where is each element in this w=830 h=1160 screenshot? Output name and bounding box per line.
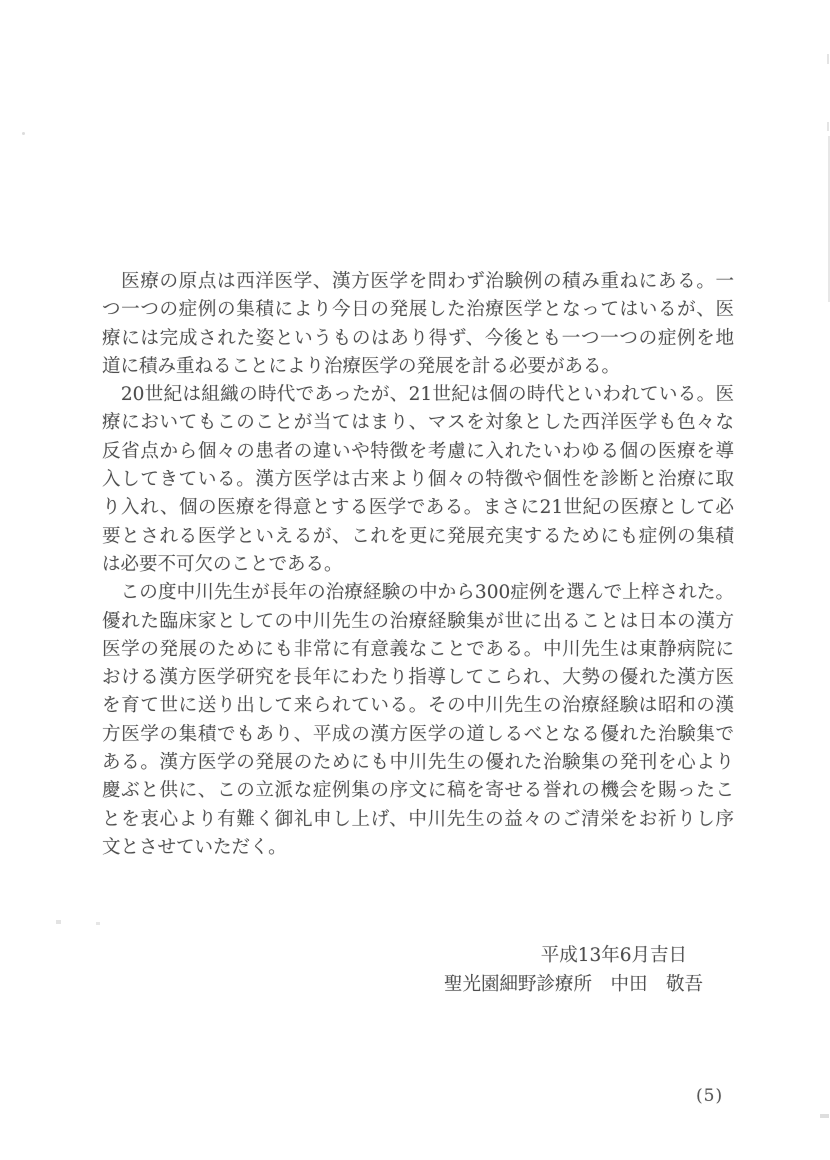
text-line: 反省点から個々の患者の違いや特徴を考慮に入れたいわゆる個の医療を導: [102, 438, 734, 466]
date-line: 平成13年6月吉日: [102, 942, 734, 971]
text-line: は必要不可欠のことである。: [102, 551, 734, 579]
text-line: つ一つの症例の集積により今日の発展した治療医学となってはいるが、医: [102, 296, 734, 324]
text-line: を育て世に送り出して来られている。その中川先生の治療経験は昭和の漢: [102, 692, 734, 720]
text-line: とを衷心より有難く御礼申し上げ、中川先生の益々のご清栄をお祈りし序: [102, 806, 734, 834]
text-line: ある。漢方医学の発展のためにも中川先生の優れた治験集の発刊を心より: [102, 749, 734, 777]
text-line: 入してきている。漢方医学は古来より個々の特徴や個性を診断と治療に取: [102, 466, 734, 494]
closing-block: 平成13年6月吉日 聖光園細野診療所 中田 敬吾: [102, 942, 734, 999]
text-line: 療には完成された姿というものはあり得ず、今後とも一つ一つの症例を地: [102, 325, 734, 353]
text-line: おける漢方医学研究を長年にわたり指導してこられ、大勢の優れた漢方医: [102, 664, 734, 692]
text-line: 要とされる医学といえるが、これを更に発展充実するためにも症例の集積: [102, 523, 734, 551]
text-line: この度中川先生が長年の治療経験の中から300症例を選んで上梓された。: [102, 579, 734, 607]
text-line: 医学の発展のためにも非常に有意義なことである。中川先生は東静病院に: [102, 636, 734, 664]
scan-speck: [56, 920, 61, 924]
scan-edge-mark: [820, 1114, 829, 1118]
text-line: 方医学の集積でもあり、平成の漢方医学の道しるべとなる優れた治験集で: [102, 721, 734, 749]
text-line: 20世紀は組織の時代であったが、21世紀は個の時代といわれている。医: [102, 381, 734, 409]
text-line: 医療の原点は西洋医学、漢方医学を問わず治験例の積み重ねにある。一: [102, 268, 734, 296]
scan-speck: [22, 132, 25, 135]
page-number: (5): [696, 1086, 723, 1106]
text-line: 文とさせていただく。: [102, 834, 734, 862]
text-line: 慶ぶと供に、この立派な症例集の序文に稿を寄せる誉れの機会を賜ったこ: [102, 777, 734, 805]
scan-edge-mark: [827, 122, 829, 131]
preface-body: 医療の原点は西洋医学、漢方医学を問わず治験例の積み重ねにある。一つ一つの症例の集…: [102, 268, 734, 862]
scan-edge-mark: [827, 54, 829, 64]
text-line: 優れた臨床家としての中川先生の治療経験集が世に出ることは日本の漢方: [102, 608, 734, 636]
document-page: 医療の原点は西洋医学、漢方医学を問わず治験例の積み重ねにある。一つ一つの症例の集…: [0, 0, 830, 1160]
scan-speck: [96, 922, 100, 925]
signature-line: 聖光園細野診療所 中田 敬吾: [102, 971, 734, 1000]
text-line: 道に積み重ねることにより治療医学の発展を計る必要がある。: [102, 353, 734, 381]
text-line: 療においてもこのことが当てはまり、マスを対象とした西洋医学も色々な: [102, 409, 734, 437]
text-line: り入れ、個の医療を得意とする医学である。まさに21世紀の医療として必: [102, 494, 734, 522]
